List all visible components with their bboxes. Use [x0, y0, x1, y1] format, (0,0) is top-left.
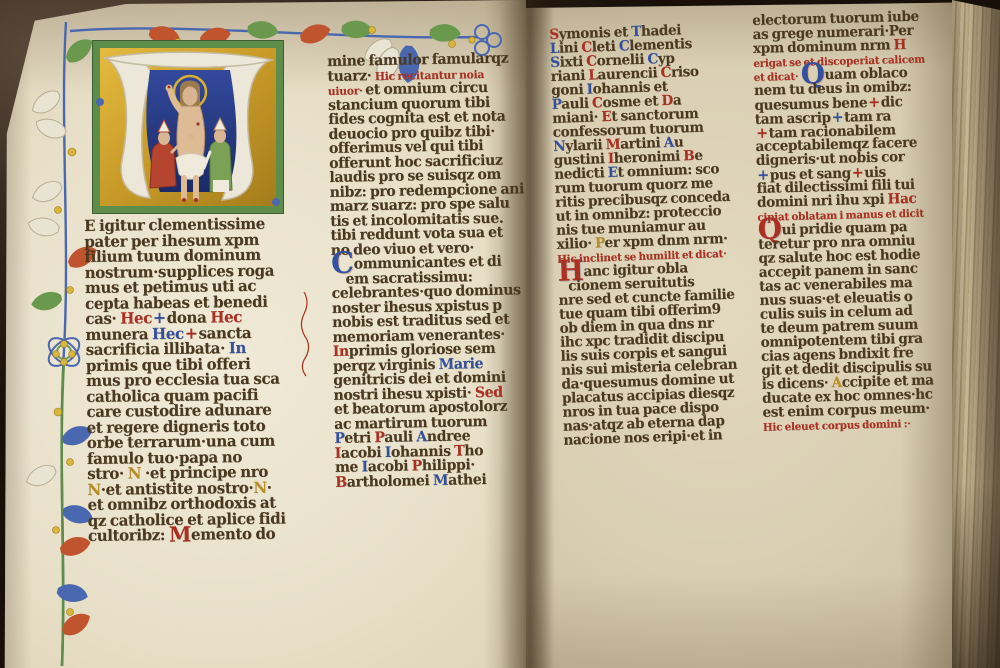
manuscript-photo: E igitur clementissimepater per ihesum x…: [0, 0, 1000, 668]
text-column-right-b: electorum tuorum iubeas grege numerari·P…: [752, 7, 957, 432]
text-line: Communicantes et di: [331, 251, 527, 269]
frame-knob-right: [272, 198, 280, 206]
text-segment: artholomei: [347, 472, 434, 491]
text-column-left-a: E igitur clementissimepater per ihesum x…: [84, 213, 315, 541]
text-segment: emento do: [191, 524, 275, 544]
text-segment: cultoribz:: [88, 525, 169, 545]
text-segment: riso: [671, 64, 699, 81]
page-fore-edges: [952, 0, 1000, 668]
text-segment: athei: [448, 471, 487, 489]
historiated-initial-miniature: [92, 40, 284, 214]
text-segment: M: [433, 471, 449, 488]
text-line: mine famulor famularqz: [327, 48, 523, 66]
text-line: qz catholice et aplice fidi: [88, 508, 315, 526]
text-column-right-a: Symonis et ThadeiLini Cleti ClementisSix…: [549, 19, 756, 445]
frame-knob-left: [96, 98, 104, 106]
text-line: mus pro ecclesia tua sca: [86, 368, 313, 386]
text-line: et beatorum apostolorz: [334, 396, 530, 414]
text-segment: M: [169, 521, 191, 546]
text-line: fides cognita est et nota: [328, 106, 524, 124]
text-segment: B: [335, 473, 347, 490]
text-column-left-b: mine famulor famularqztuarz· Hic recitan…: [327, 48, 531, 487]
text-line: tibi reddunt vota sua et: [330, 222, 526, 240]
